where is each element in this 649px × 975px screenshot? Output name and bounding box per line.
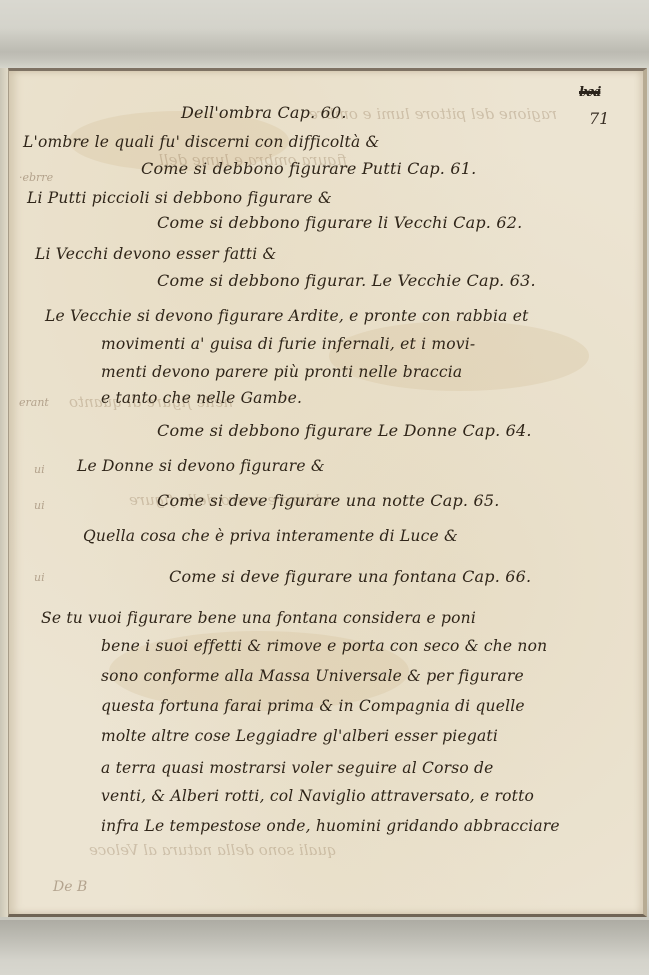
- page-edge: [0, 68, 8, 917]
- text-line: Le Vecchie si devono figurare Ardite, e …: [45, 307, 529, 325]
- margin-mark: ui: [34, 463, 45, 476]
- text-line: infra Le tempestose onde, huomini gridan…: [101, 817, 560, 835]
- chapter-heading: Come si debbono figurare Le Donne Cap. 6…: [157, 421, 532, 440]
- chapter-heading: Come si debbono figurar. Le Vecchie Cap.…: [157, 271, 536, 290]
- text-line: Le Donne si devono figurare &: [77, 457, 325, 475]
- manuscript-page: ragione del pittore lumi e ombre figura …: [8, 68, 647, 917]
- chapter-heading: Come si deve figurare una notte Cap. 65.: [157, 491, 500, 510]
- text-line: Quella cosa che è priva interamente di L…: [83, 527, 458, 545]
- chapter-heading: Come si debbono figurare Putti Cap. 61.: [141, 159, 476, 178]
- scan-shadow-top: [0, 28, 649, 68]
- chapter-heading: Come si debbono figurare li Vecchi Cap. …: [157, 213, 522, 232]
- text-line: bene i suoi effetti & rimove e porta con…: [101, 637, 547, 655]
- bottom-marginalia: De B: [53, 879, 87, 895]
- text-line: Li Vecchi devono esser fatti &: [35, 245, 276, 263]
- bleed-through-text: quali sono della natura al Veloce: [89, 841, 337, 859]
- chapter-heading: Come si deve figurare una fontana Cap. 6…: [169, 567, 531, 586]
- scan-shadow-bottom: [0, 920, 649, 960]
- text-line: a terra quasi mostrarsi voler seguire al…: [101, 759, 494, 777]
- text-line: sono conforme alla Massa Universale & pe…: [101, 667, 524, 685]
- chapter-heading: Dell'ombra Cap. 60.: [181, 103, 347, 122]
- text-line: menti devono parere più pronti nelle bra…: [101, 363, 462, 381]
- text-line: Se tu vuoi figurare bene una fontana con…: [41, 609, 476, 627]
- margin-mark: erant: [19, 396, 49, 409]
- text-line: questa fortuna farai prima & in Compagni…: [101, 697, 525, 715]
- struck-folio-number: lxxi: [579, 85, 600, 100]
- text-line: Li Putti piccioli si debbono figurare &: [27, 189, 332, 207]
- margin-mark: ui: [34, 571, 45, 584]
- text-line: molte altre cose Leggiadre gl'alberi ess…: [101, 727, 498, 745]
- margin-mark: ·ebrre: [19, 171, 53, 184]
- margin-mark: ui: [34, 499, 45, 512]
- text-line: L'ombre le quali fu' discerni con diffic…: [23, 133, 380, 151]
- text-line: venti, & Alberi rotti, col Naviglio attr…: [101, 787, 534, 805]
- text-line: e tanto che nelle Gambe.: [101, 389, 302, 407]
- folio-number: 71: [589, 109, 609, 128]
- text-line: movimenti a' guisa di furie infernali, e…: [101, 335, 475, 353]
